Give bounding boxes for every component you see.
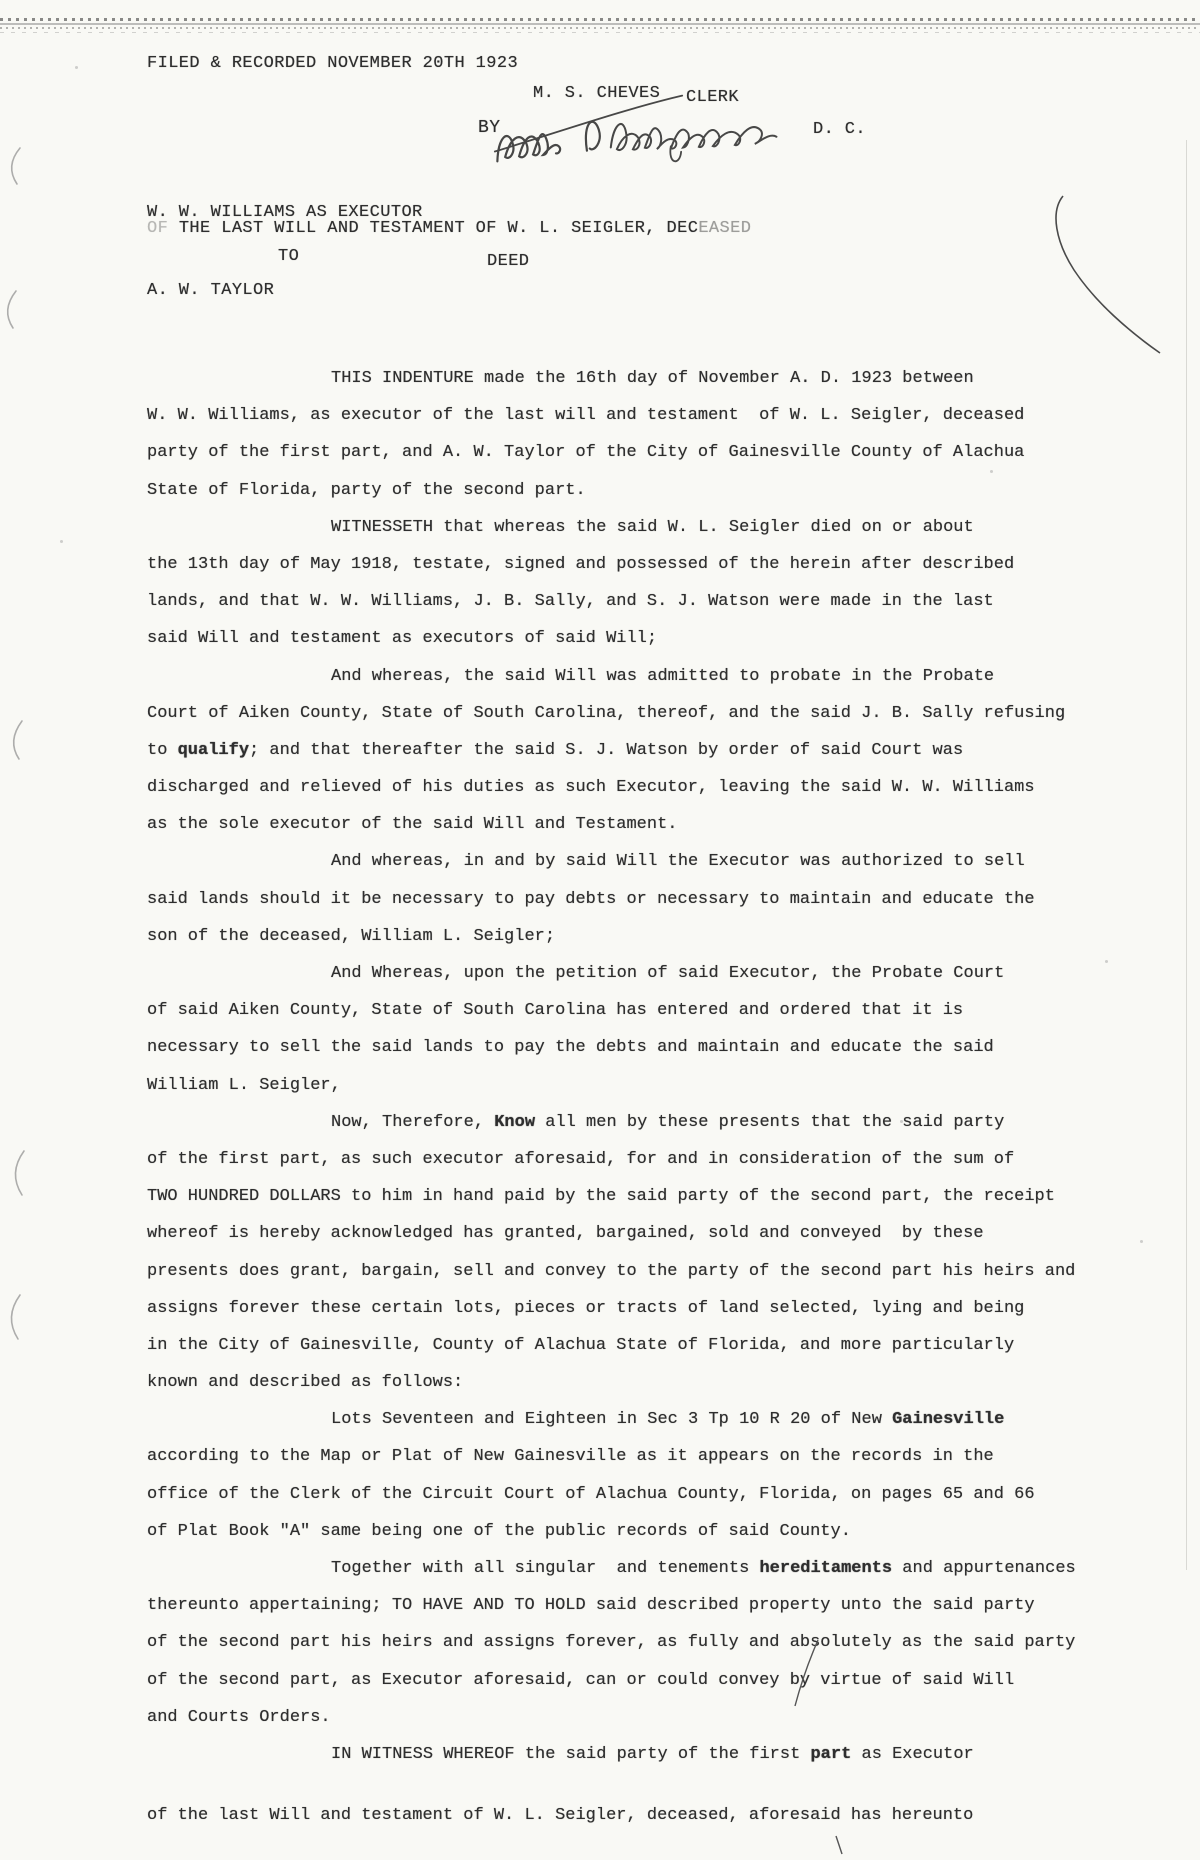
deed-line: assigns forever these certain lots, piec… [147, 1290, 1157, 1327]
deed-line: in the City of Gainesville, County of Al… [147, 1327, 1157, 1364]
deed-body-text: THIS INDENTURE made the 16th day of Nove… [147, 360, 1157, 1834]
deed-line: of the second part, as Executor aforesai… [147, 1662, 1157, 1699]
clerk-title: CLERK [686, 88, 739, 107]
deed-line: IN WITNESS WHEREOF the said party of the… [147, 1736, 1157, 1773]
dust-speck [1105, 960, 1108, 963]
deed-line: necessary to sell the said lands to pay … [147, 1029, 1157, 1066]
margin-mark [12, 148, 20, 184]
deed-line: Court of Aiken County, State of South Ca… [147, 695, 1157, 732]
pen-stroke-top-right [1056, 196, 1160, 353]
deed-line: son of the deceased, William L. Seigler; [147, 918, 1157, 955]
deed-line: to qualify; and that thereafter the said… [147, 732, 1157, 769]
filed-recorded-line: FILED & RECORDED NOVEMBER 20TH 1923 [147, 54, 518, 73]
deed-line: thereunto appertaining; TO HAVE AND TO H… [147, 1587, 1157, 1624]
deed-line: party of the first part, and A. W. Taylo… [147, 434, 1157, 471]
by-label: BY [478, 118, 500, 138]
deed-line: of the last Will and testament of W. L. … [147, 1797, 1157, 1834]
deed-line: according to the Map or Plat of New Gain… [147, 1438, 1157, 1475]
caption-faded-eased: EASED [698, 219, 751, 238]
deed-line: of the first part, as such executor afor… [147, 1141, 1157, 1178]
dust-speck [900, 1120, 903, 1123]
deed-line: WITNESSETH that whereas the said W. L. S… [147, 509, 1157, 546]
deed-line: Together with all singular and tenements… [147, 1550, 1157, 1587]
dust-speck [75, 66, 78, 69]
deed-line: discharged and relieved of his duties as… [147, 769, 1157, 806]
caption-to-label: TO [278, 247, 299, 266]
margin-mark [14, 721, 22, 759]
caption-faded-of: OF [147, 219, 168, 238]
document-type-label: DEED [487, 252, 529, 271]
deed-line: TWO HUNDRED DOLLARS to him in hand paid … [147, 1178, 1157, 1215]
deed-line: of the second part his heirs and assigns… [147, 1624, 1157, 1661]
caption-line2-main: THE LAST WILL AND TESTAMENT OF W. L. SEI… [168, 219, 698, 238]
pen-tick-bottom [836, 1836, 842, 1854]
margin-mark [11, 1295, 20, 1339]
deed-line: And whereas, the said Will was admitted … [147, 658, 1157, 695]
dust-speck [1140, 1240, 1143, 1243]
deed-line: and Courts Orders. [147, 1699, 1157, 1736]
page-edge-shadow [1186, 140, 1187, 1570]
deed-line: presents does grant, bargain, sell and c… [147, 1253, 1157, 1290]
margin-mark [8, 291, 16, 328]
deed-line: the 13th day of May 1918, testate, signe… [147, 546, 1157, 583]
scanned-deed-page: FILED & RECORDED NOVEMBER 20TH 1923 M. S… [0, 0, 1200, 1860]
deed-line: of said Aiken County, State of South Car… [147, 992, 1157, 1029]
deed-line: whereof is hereby acknowledged has grant… [147, 1215, 1157, 1252]
deed-line: office of the Clerk of the Circuit Court… [147, 1476, 1157, 1513]
deed-line: as the sole executor of the said Will an… [147, 806, 1157, 843]
dust-speck [60, 540, 63, 543]
deed-line: lands, and that W. W. Williams, J. B. Sa… [147, 583, 1157, 620]
deed-line: known and described as follows: [147, 1364, 1157, 1401]
deed-line: And Whereas, upon the petition of said E… [147, 955, 1157, 992]
deed-line: And whereas, in and by said Will the Exe… [147, 843, 1157, 880]
deed-line: State of Florida, party of the second pa… [147, 472, 1157, 509]
deed-line: of Plat Book "A" same being one of the p… [147, 1513, 1157, 1550]
deed-line: Now, Therefore, Know all men by these pr… [147, 1104, 1157, 1141]
caption-party2: A. W. TAYLOR [147, 281, 274, 300]
deed-line: William L. Seigler, [147, 1067, 1157, 1104]
deed-line: THIS INDENTURE made the 16th day of Nove… [147, 360, 1157, 397]
deed-line: W. W. Williams, as executor of the last … [147, 397, 1157, 434]
caption-party1-line2: OF THE LAST WILL AND TESTAMENT OF W. L. … [147, 219, 751, 238]
deed-line: Lots Seventeen and Eighteen in Sec 3 Tp … [147, 1401, 1157, 1438]
dust-speck [990, 470, 993, 473]
margin-mark [15, 1151, 24, 1195]
clerk-name: M. S. CHEVES [533, 84, 660, 103]
deed-line: said Will and testament as executors of … [147, 620, 1157, 657]
deed-line: said lands should it be necessary to pay… [147, 881, 1157, 918]
scanner-noise-band [0, 6, 1200, 36]
deputy-clerk-suffix: D. C. [813, 120, 866, 139]
